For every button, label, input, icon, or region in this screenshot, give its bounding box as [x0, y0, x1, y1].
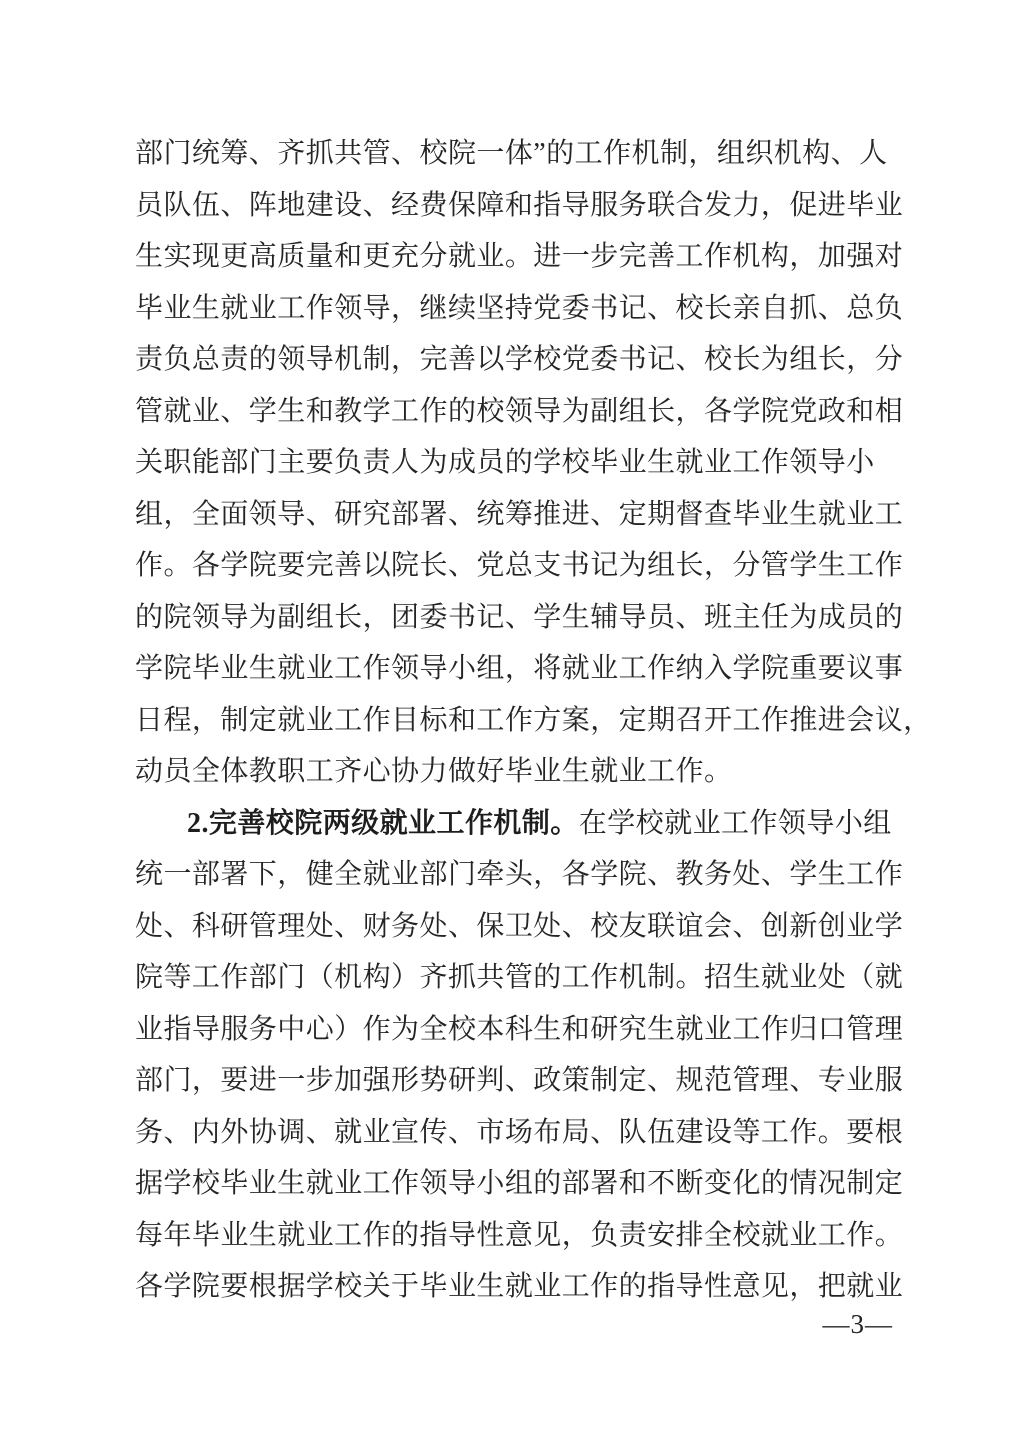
text-line: 各学院要根据学校关于毕业生就业工作的指导性意见，把就业 — [135, 1261, 935, 1313]
text-line: 组，全面领导、研究部署、统筹推进、定期督查毕业生就业工 — [135, 489, 935, 541]
text-line: 生实现更高质量和更充分就业。进一步完善工作机构，加强对 — [135, 231, 935, 283]
text-line: 据学校毕业生就业工作领导小组的部署和不断变化的情况制定 — [135, 1158, 935, 1210]
text-line: 动员全体教职工齐心协力做好毕业生就业工作。 — [135, 746, 935, 798]
text-line: 务、内外协调、就业宣传、市场布局、队伍建设等工作。要根 — [135, 1107, 935, 1159]
text-line: 作。各学院要完善以院长、党总支书记为组长，分管学生工作 — [135, 540, 935, 592]
text-line: 员队伍、阵地建设、经费保障和指导服务联合发力，促进毕业 — [135, 180, 935, 232]
document-page: 部门统筹、齐抓共管、校院一体”的工作机制，组织机构、人员队伍、阵地建设、经费保障… — [0, 0, 1024, 1448]
text-line: 毕业生就业工作领导，继续坚持党委书记、校长亲自抓、总负 — [135, 283, 935, 335]
text-line: 部门统筹、齐抓共管、校院一体”的工作机制，组织机构、人 — [135, 128, 935, 180]
text-line: 2.完善校院两级就业工作机制。在学校就业工作领导小组 — [135, 798, 935, 850]
text-line: 管就业、学生和教学工作的校领导为副组长，各学院党政和相 — [135, 386, 935, 438]
text-line: 日程，制定就业工作目标和工作方案，定期召开工作推进会议， — [135, 695, 935, 747]
paragraph-heading: 2.完善校院两级就业工作机制。 — [187, 808, 579, 839]
text-block: 部门统筹、齐抓共管、校院一体”的工作机制，组织机构、人员队伍、阵地建设、经费保障… — [135, 128, 935, 1313]
text-line: 统一部署下，健全就业部门牵头，各学院、教务处、学生工作 — [135, 849, 935, 901]
text-line: 业指导服务中心）作为全校本科生和研究生就业工作归口管理 — [135, 1004, 935, 1056]
page-number: —3— — [823, 1308, 894, 1340]
text-line: 每年毕业生就业工作的指导性意见，负责安排全校就业工作。 — [135, 1210, 935, 1262]
text-line: 院等工作部门（机构）齐抓共管的工作机制。招生就业处（就 — [135, 952, 935, 1004]
text-line: 部门，要进一步加强形势研判、政策制定、规范管理、专业服 — [135, 1055, 935, 1107]
text-line: 的院领导为副组长，团委书记、学生辅导员、班主任为成员的 — [135, 592, 935, 644]
text-line: 处、科研管理处、财务处、保卫处、校友联谊会、创新创业学 — [135, 901, 935, 953]
text-line: 学院毕业生就业工作领导小组，将就业工作纳入学院重要议事 — [135, 643, 935, 695]
text-line: 关职能部门主要负责人为成员的学校毕业生就业工作领导小 — [135, 437, 935, 489]
text-line: 责负总责的领导机制，完善以学校党委书记、校长为组长，分 — [135, 334, 935, 386]
